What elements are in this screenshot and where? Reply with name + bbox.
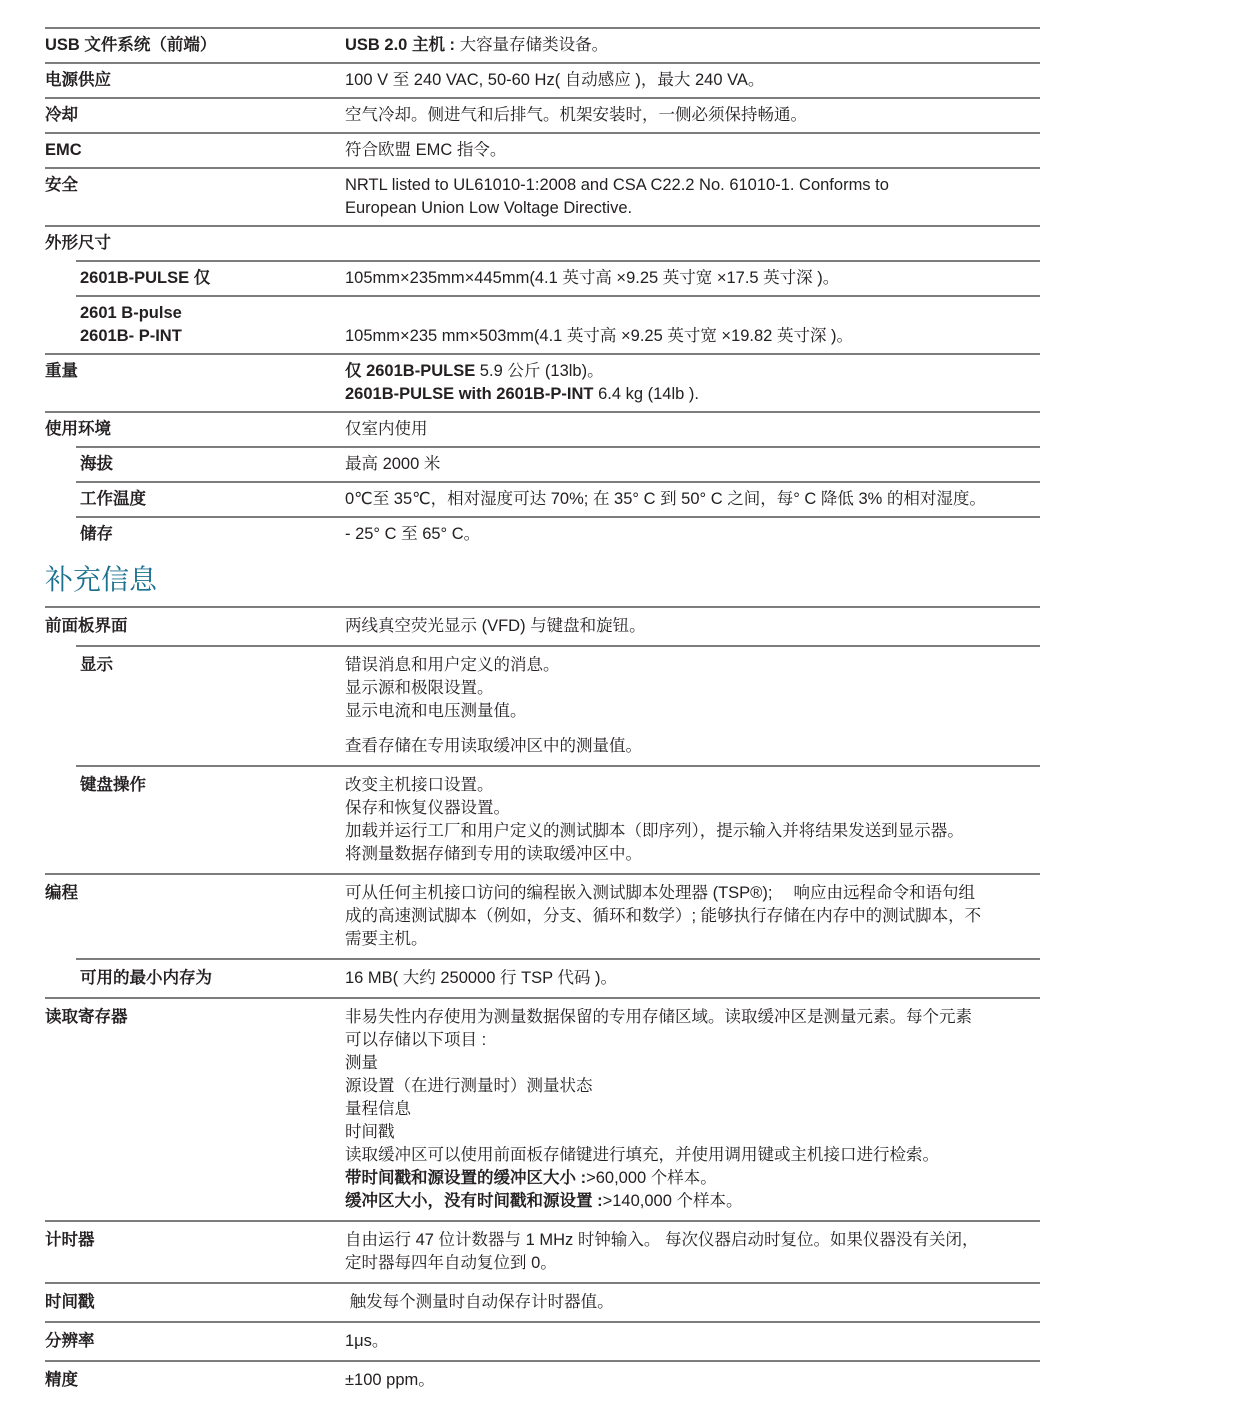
value-line: 源设置（在进行测量时）测量状态: [345, 1075, 1040, 1098]
spec-label-line: 电源供应: [45, 69, 345, 92]
text-segment: 定时器每四年自动复位到 0。: [345, 1254, 557, 1272]
value-line: 需要主机。: [345, 928, 1040, 951]
spec-label: 计时器: [45, 1229, 345, 1275]
spec-value: 最高 2000 米: [345, 453, 1040, 476]
text-segment: >60,000 个样本。: [586, 1169, 717, 1187]
spec-label-line: 显示: [80, 654, 345, 677]
text-segment: 显示源和极限设置。: [345, 679, 494, 697]
text-segment: 16 MB( 大约 250000 行 TSP 代码 )。: [345, 969, 617, 987]
spec-label: 重量: [45, 360, 345, 406]
spec-value: - 25° C 至 65° C。: [345, 523, 1040, 546]
value-line: 自由运行 47 位计数器与 1 MHz 时钟输入。 每次仪器启动时复位。如果仪器…: [345, 1229, 1040, 1252]
spec-label: 储存: [45, 523, 345, 546]
value-line: 将测量数据存储到专用的读取缓冲区中。: [345, 843, 1040, 866]
spec-section-general: USB 文件系统（前端）USB 2.0 主机 : 大容量存储类设备。电源供应10…: [45, 27, 1040, 551]
text-segment: 源设置（在进行测量时）测量状态: [345, 1077, 593, 1095]
text-segment: 测量: [345, 1054, 378, 1072]
value-line: 加载并运行工厂和用户定义的测试脚本（即序列），提示输入并将结果发送到显示器。: [345, 820, 1040, 843]
spec-row: 时间戳 触发每个测量时自动保存计时器值。: [45, 1284, 1040, 1321]
spec-row: 前面板界面两线真空荧光显示 (VFD) 与键盘和旋钮。: [45, 608, 1040, 645]
spec-label-line: 使用环境: [45, 418, 345, 441]
spec-section-supplementary: 前面板界面两线真空荧光显示 (VFD) 与键盘和旋钮。显示错误消息和用户定义的消…: [45, 608, 1040, 1399]
spec-label-line: 储存: [80, 523, 345, 546]
spec-row: 外形尺寸: [45, 227, 1040, 260]
text-segment: 将测量数据存储到专用的读取缓冲区中。: [345, 845, 642, 863]
spec-label: 精度: [45, 1369, 345, 1392]
spec-value: 0℃至 35℃，相对湿度可达 70%; 在 35° C 到 50° C 之间，每…: [345, 488, 1040, 511]
spec-label-line: 编程: [45, 882, 345, 905]
spec-label-line: 2601 B-pulse: [80, 302, 345, 325]
spec-value: 触发每个测量时自动保存计时器值。: [345, 1291, 1040, 1314]
text-segment: 100 V 至 240 VAC, 50-60 Hz( 自动感应 )，最大 240…: [345, 71, 764, 89]
spec-label: 安全: [45, 174, 345, 220]
spec-label: 外形尺寸: [45, 232, 345, 255]
spec-label: 读取寄存器: [45, 1006, 345, 1213]
value-line: 查看存储在专用读取缓冲区中的测量值。: [345, 735, 1040, 758]
text-segment: NRTL listed to UL61010-1:2008 and CSA C2…: [345, 176, 889, 194]
spec-label: 可用的最小内存为: [45, 967, 345, 990]
text-segment: 保存和恢复仪器设置。: [345, 799, 510, 817]
text-segment: 105mm×235mm×445mm(4.1 英寸高 ×9.25 英寸宽 ×17.…: [345, 269, 839, 287]
spec-label-line: 外形尺寸: [45, 232, 345, 255]
spec-value: 1μs。: [345, 1330, 1040, 1353]
spec-label-line: 分辨率: [45, 1330, 345, 1353]
spec-value: ±100 ppm。: [345, 1369, 1040, 1392]
spec-value: [345, 232, 1040, 255]
text-segment: 错误消息和用户定义的消息。: [345, 656, 560, 674]
value-line: 16 MB( 大约 250000 行 TSP 代码 )。: [345, 967, 1040, 990]
spec-label-line: 计时器: [45, 1229, 345, 1252]
value-line: 可从任何主机接口访问的编程嵌入测试脚本处理器 (TSP®); 响应由远程命令和语…: [345, 882, 1040, 905]
value-line: 显示源和极限设置。: [345, 677, 1040, 700]
value-line: 符合欧盟 EMC 指令。: [345, 139, 1040, 162]
value-line: 带时间戳和源设置的缓冲区大小 :>60,000 个样本。: [345, 1167, 1040, 1190]
text-segment: 符合欧盟 EMC 指令。: [345, 141, 506, 159]
spec-label: USB 文件系统（前端）: [45, 34, 345, 57]
spec-row: 安全NRTL listed to UL61010-1:2008 and CSA …: [45, 169, 1040, 225]
spec-label: 电源供应: [45, 69, 345, 92]
text-segment: USB 2.0 主机 :: [345, 36, 460, 54]
spec-value: 100 V 至 240 VAC, 50-60 Hz( 自动感应 )，最大 240…: [345, 69, 1040, 92]
spec-label-line: 工作温度: [80, 488, 345, 511]
value-line: 两线真空荧光显示 (VFD) 与键盘和旋钮。: [345, 615, 1040, 638]
spec-row: 电源供应100 V 至 240 VAC, 50-60 Hz( 自动感应 )，最大…: [45, 64, 1040, 97]
value-line: 空气冷却。侧进气和后排气。机架安装时，一侧必须保持畅通。: [345, 104, 1040, 127]
supplementary-heading: 补充信息: [45, 563, 1040, 597]
spec-label: 2601 B-pulse2601B- P-INT: [45, 302, 345, 348]
value-line: 显示电流和电压测量值。: [345, 700, 1040, 723]
spec-value: USB 2.0 主机 : 大容量存储类设备。: [345, 34, 1040, 57]
spec-label: 编程: [45, 882, 345, 951]
text-segment: 成的高速测试脚本（例如，分支、循环和数学）; 能够执行存储在内存中的测试脚本，不: [345, 907, 981, 925]
spec-row: 键盘操作改变主机接口设置。保存和恢复仪器设置。加载并运行工厂和用户定义的测试脚本…: [45, 767, 1040, 873]
spec-row: 2601 B-pulse2601B- P-INT105mm×235 mm×503…: [45, 297, 1040, 353]
value-line: 错误消息和用户定义的消息。: [345, 654, 1040, 677]
value-line: 0℃至 35℃，相对湿度可达 70%; 在 35° C 到 50° C 之间，每…: [345, 488, 1040, 511]
text-segment: 可以存储以下项目 :: [345, 1031, 486, 1049]
spec-label: 2601B-PULSE 仅: [45, 267, 345, 290]
spec-label-line: 2601B-PULSE 仅: [80, 267, 345, 290]
value-line: 触发每个测量时自动保存计时器值。: [345, 1291, 1040, 1314]
spec-label-line: EMC: [45, 139, 345, 162]
text-segment: European Union Low Voltage Directive.: [345, 199, 632, 217]
text-segment: 查看存储在专用读取缓冲区中的测量值。: [345, 737, 642, 755]
text-segment: 空气冷却。侧进气和后排气。机架安装时，一侧必须保持畅通。: [345, 106, 807, 124]
text-segment: 2601B-PULSE with 2601B-P-INT: [345, 385, 593, 403]
value-line: 仅 2601B-PULSE 5.9 公斤 (13lb)。: [345, 360, 1040, 383]
text-segment: 自由运行 47 位计数器与 1 MHz 时钟输入。 每次仪器启动时复位。如果仪器…: [345, 1231, 978, 1249]
spec-label-line: 精度: [45, 1369, 345, 1392]
value-line: 非易失性内存使用为测量数据保留的专用存储区域。读取缓冲区是测量元素。每个元素: [345, 1006, 1040, 1029]
text-segment: 两线真空荧光显示 (VFD) 与键盘和旋钮。: [345, 617, 646, 635]
spec-label-line: 海拔: [80, 453, 345, 476]
spec-value: 仅 2601B-PULSE 5.9 公斤 (13lb)。2601B-PULSE …: [345, 360, 1040, 406]
value-line: 量程信息: [345, 1098, 1040, 1121]
spec-label-line: 冷却: [45, 104, 345, 127]
spec-label-line: 时间戳: [45, 1291, 345, 1314]
spec-row: 冷却空气冷却。侧进气和后排气。机架安装时，一侧必须保持畅通。: [45, 99, 1040, 132]
text-segment: 带时间戳和源设置的缓冲区大小 :: [345, 1169, 586, 1187]
text-segment: 可从任何主机接口访问的编程嵌入测试脚本处理器 (TSP®); 响应由远程命令和语…: [345, 884, 975, 902]
spec-document: USB 文件系统（前端）USB 2.0 主机 : 大容量存储类设备。电源供应10…: [45, 0, 1040, 1399]
spec-label: 显示: [45, 654, 345, 758]
spec-label: 海拔: [45, 453, 345, 476]
spec-value: 仅室内使用: [345, 418, 1040, 441]
spec-row: 工作温度0℃至 35℃，相对湿度可达 70%; 在 35° C 到 50° C …: [45, 483, 1040, 516]
spec-value: 空气冷却。侧进气和后排气。机架安装时，一侧必须保持畅通。: [345, 104, 1040, 127]
value-line: 成的高速测试脚本（例如，分支、循环和数学）; 能够执行存储在内存中的测试脚本，不: [345, 905, 1040, 928]
text-segment: 缓冲区大小，没有时间戳和源设置 :: [345, 1192, 603, 1210]
spec-value: 自由运行 47 位计数器与 1 MHz 时钟输入。 每次仪器启动时复位。如果仪器…: [345, 1229, 1040, 1275]
spec-label-line: 键盘操作: [80, 774, 345, 797]
value-line: 读取缓冲区可以使用前面板存储键进行填充，并使用调用键或主机接口进行检索。: [345, 1144, 1040, 1167]
text-segment: 大容量存储类设备。: [460, 36, 609, 54]
text-segment: 需要主机。: [345, 930, 428, 948]
spec-label: 冷却: [45, 104, 345, 127]
spec-row: 海拔最高 2000 米: [45, 448, 1040, 481]
spec-row: 精度±100 ppm。: [45, 1362, 1040, 1399]
spec-label-line: 2601B- P-INT: [80, 325, 345, 348]
value-line: 保存和恢复仪器设置。: [345, 797, 1040, 820]
text-segment: 读取缓冲区可以使用前面板存储键进行填充，并使用调用键或主机接口进行检索。: [345, 1146, 939, 1164]
text-segment: 非易失性内存使用为测量数据保留的专用存储区域。读取缓冲区是测量元素。每个元素: [345, 1008, 972, 1026]
value-line: 105mm×235mm×445mm(4.1 英寸高 ×9.25 英寸宽 ×17.…: [345, 267, 1040, 290]
text-segment: 5.9 公斤 (13lb)。: [475, 362, 603, 380]
text-segment: 6.4 kg (14lb ).: [593, 385, 698, 403]
text-segment: >140,000 个样本。: [603, 1192, 743, 1210]
spec-row: 编程可从任何主机接口访问的编程嵌入测试脚本处理器 (TSP®); 响应由远程命令…: [45, 875, 1040, 958]
spec-label: 键盘操作: [45, 774, 345, 866]
spec-label: 时间戳: [45, 1291, 345, 1314]
spec-label-line: 读取寄存器: [45, 1006, 345, 1029]
spec-label-line: USB 文件系统（前端）: [45, 34, 345, 57]
spec-label-line: 可用的最小内存为: [80, 967, 345, 990]
spec-value: 105mm×235mm×445mm(4.1 英寸高 ×9.25 英寸宽 ×17.…: [345, 267, 1040, 290]
text-segment: 最高 2000 米: [345, 455, 440, 473]
text-segment: 显示电流和电压测量值。: [345, 702, 527, 720]
spec-row: 储存- 25° C 至 65° C。: [45, 518, 1040, 551]
value-line: 时间戳: [345, 1121, 1040, 1144]
spec-row: EMC符合欧盟 EMC 指令。: [45, 134, 1040, 167]
value-line: 100 V 至 240 VAC, 50-60 Hz( 自动感应 )，最大 240…: [345, 69, 1040, 92]
text-segment: 105mm×235 mm×503mm(4.1 英寸高 ×9.25 英寸宽 ×19…: [345, 327, 853, 345]
value-line: 2601B-PULSE with 2601B-P-INT 6.4 kg (14l…: [345, 383, 1040, 406]
value-line: ±100 ppm。: [345, 1369, 1040, 1392]
value-line: 105mm×235 mm×503mm(4.1 英寸高 ×9.25 英寸宽 ×19…: [345, 325, 1040, 348]
spec-value: NRTL listed to UL61010-1:2008 and CSA C2…: [345, 174, 1040, 220]
value-line: 可以存储以下项目 :: [345, 1029, 1040, 1052]
spec-row: 可用的最小内存为16 MB( 大约 250000 行 TSP 代码 )。: [45, 960, 1040, 997]
text-segment: 触发每个测量时自动保存计时器值。: [345, 1293, 614, 1311]
spec-label: 工作温度: [45, 488, 345, 511]
spec-value: 改变主机接口设置。保存和恢复仪器设置。加载并运行工厂和用户定义的测试脚本（即序列…: [345, 774, 1040, 866]
value-line: USB 2.0 主机 : 大容量存储类设备。: [345, 34, 1040, 57]
spec-value: 16 MB( 大约 250000 行 TSP 代码 )。: [345, 967, 1040, 990]
spec-row: 2601B-PULSE 仅105mm×235mm×445mm(4.1 英寸高 ×…: [45, 262, 1040, 295]
value-line: - 25° C 至 65° C。: [345, 523, 1040, 546]
spec-value: 非易失性内存使用为测量数据保留的专用存储区域。读取缓冲区是测量元素。每个元素可以…: [345, 1006, 1040, 1213]
spec-value: 105mm×235 mm×503mm(4.1 英寸高 ×9.25 英寸宽 ×19…: [345, 302, 1040, 348]
spec-value: 符合欧盟 EMC 指令。: [345, 139, 1040, 162]
text-segment: ±100 ppm。: [345, 1371, 435, 1389]
spec-label: 使用环境: [45, 418, 345, 441]
spec-value: 两线真空荧光显示 (VFD) 与键盘和旋钮。: [345, 615, 1040, 638]
spec-row: 计时器自由运行 47 位计数器与 1 MHz 时钟输入。 每次仪器启动时复位。如…: [45, 1222, 1040, 1282]
spec-row: 显示错误消息和用户定义的消息。显示源和极限设置。显示电流和电压测量值。查看存储在…: [45, 647, 1040, 765]
spec-label-line: 安全: [45, 174, 345, 197]
value-line: 缓冲区大小，没有时间戳和源设置 :>140,000 个样本。: [345, 1190, 1040, 1213]
text-segment: 0℃至 35℃，相对湿度可达 70%; 在 35° C 到 50° C 之间，每…: [345, 490, 986, 508]
spec-value: 可从任何主机接口访问的编程嵌入测试脚本处理器 (TSP®); 响应由远程命令和语…: [345, 882, 1040, 951]
spec-label: EMC: [45, 139, 345, 162]
spec-value: 错误消息和用户定义的消息。显示源和极限设置。显示电流和电压测量值。查看存储在专用…: [345, 654, 1040, 758]
text-segment: 时间戳: [345, 1123, 395, 1141]
text-segment: 仅 2601B-PULSE: [345, 362, 475, 380]
text-segment: 加载并运行工厂和用户定义的测试脚本（即序列），提示输入并将结果发送到显示器。: [345, 822, 964, 840]
value-line: 定时器每四年自动复位到 0。: [345, 1252, 1040, 1275]
spec-label-line: 重量: [45, 360, 345, 383]
spec-row: 重量仅 2601B-PULSE 5.9 公斤 (13lb)。2601B-PULS…: [45, 355, 1040, 411]
value-line: 仅室内使用: [345, 418, 1040, 441]
spec-label: 分辨率: [45, 1330, 345, 1353]
spec-row: 读取寄存器非易失性内存使用为测量数据保留的专用存储区域。读取缓冲区是测量元素。每…: [45, 999, 1040, 1220]
text-segment: 改变主机接口设置。: [345, 776, 494, 794]
text-segment: 1μs。: [345, 1332, 388, 1350]
spec-label-line: 前面板界面: [45, 615, 345, 638]
spec-row: 分辨率1μs。: [45, 1323, 1040, 1360]
value-line: 测量: [345, 1052, 1040, 1075]
text-segment: 仅室内使用: [345, 420, 428, 438]
text-segment: 量程信息: [345, 1100, 411, 1118]
text-segment: - 25° C 至 65° C。: [345, 525, 480, 543]
spec-label: 前面板界面: [45, 615, 345, 638]
value-line: 最高 2000 米: [345, 453, 1040, 476]
value-line: 1μs。: [345, 1330, 1040, 1353]
value-line: NRTL listed to UL61010-1:2008 and CSA C2…: [345, 174, 1040, 197]
spec-row: USB 文件系统（前端）USB 2.0 主机 : 大容量存储类设备。: [45, 29, 1040, 62]
spec-row: 使用环境仅室内使用: [45, 413, 1040, 446]
value-line: 改变主机接口设置。: [345, 774, 1040, 797]
value-line: European Union Low Voltage Directive.: [345, 197, 1040, 220]
